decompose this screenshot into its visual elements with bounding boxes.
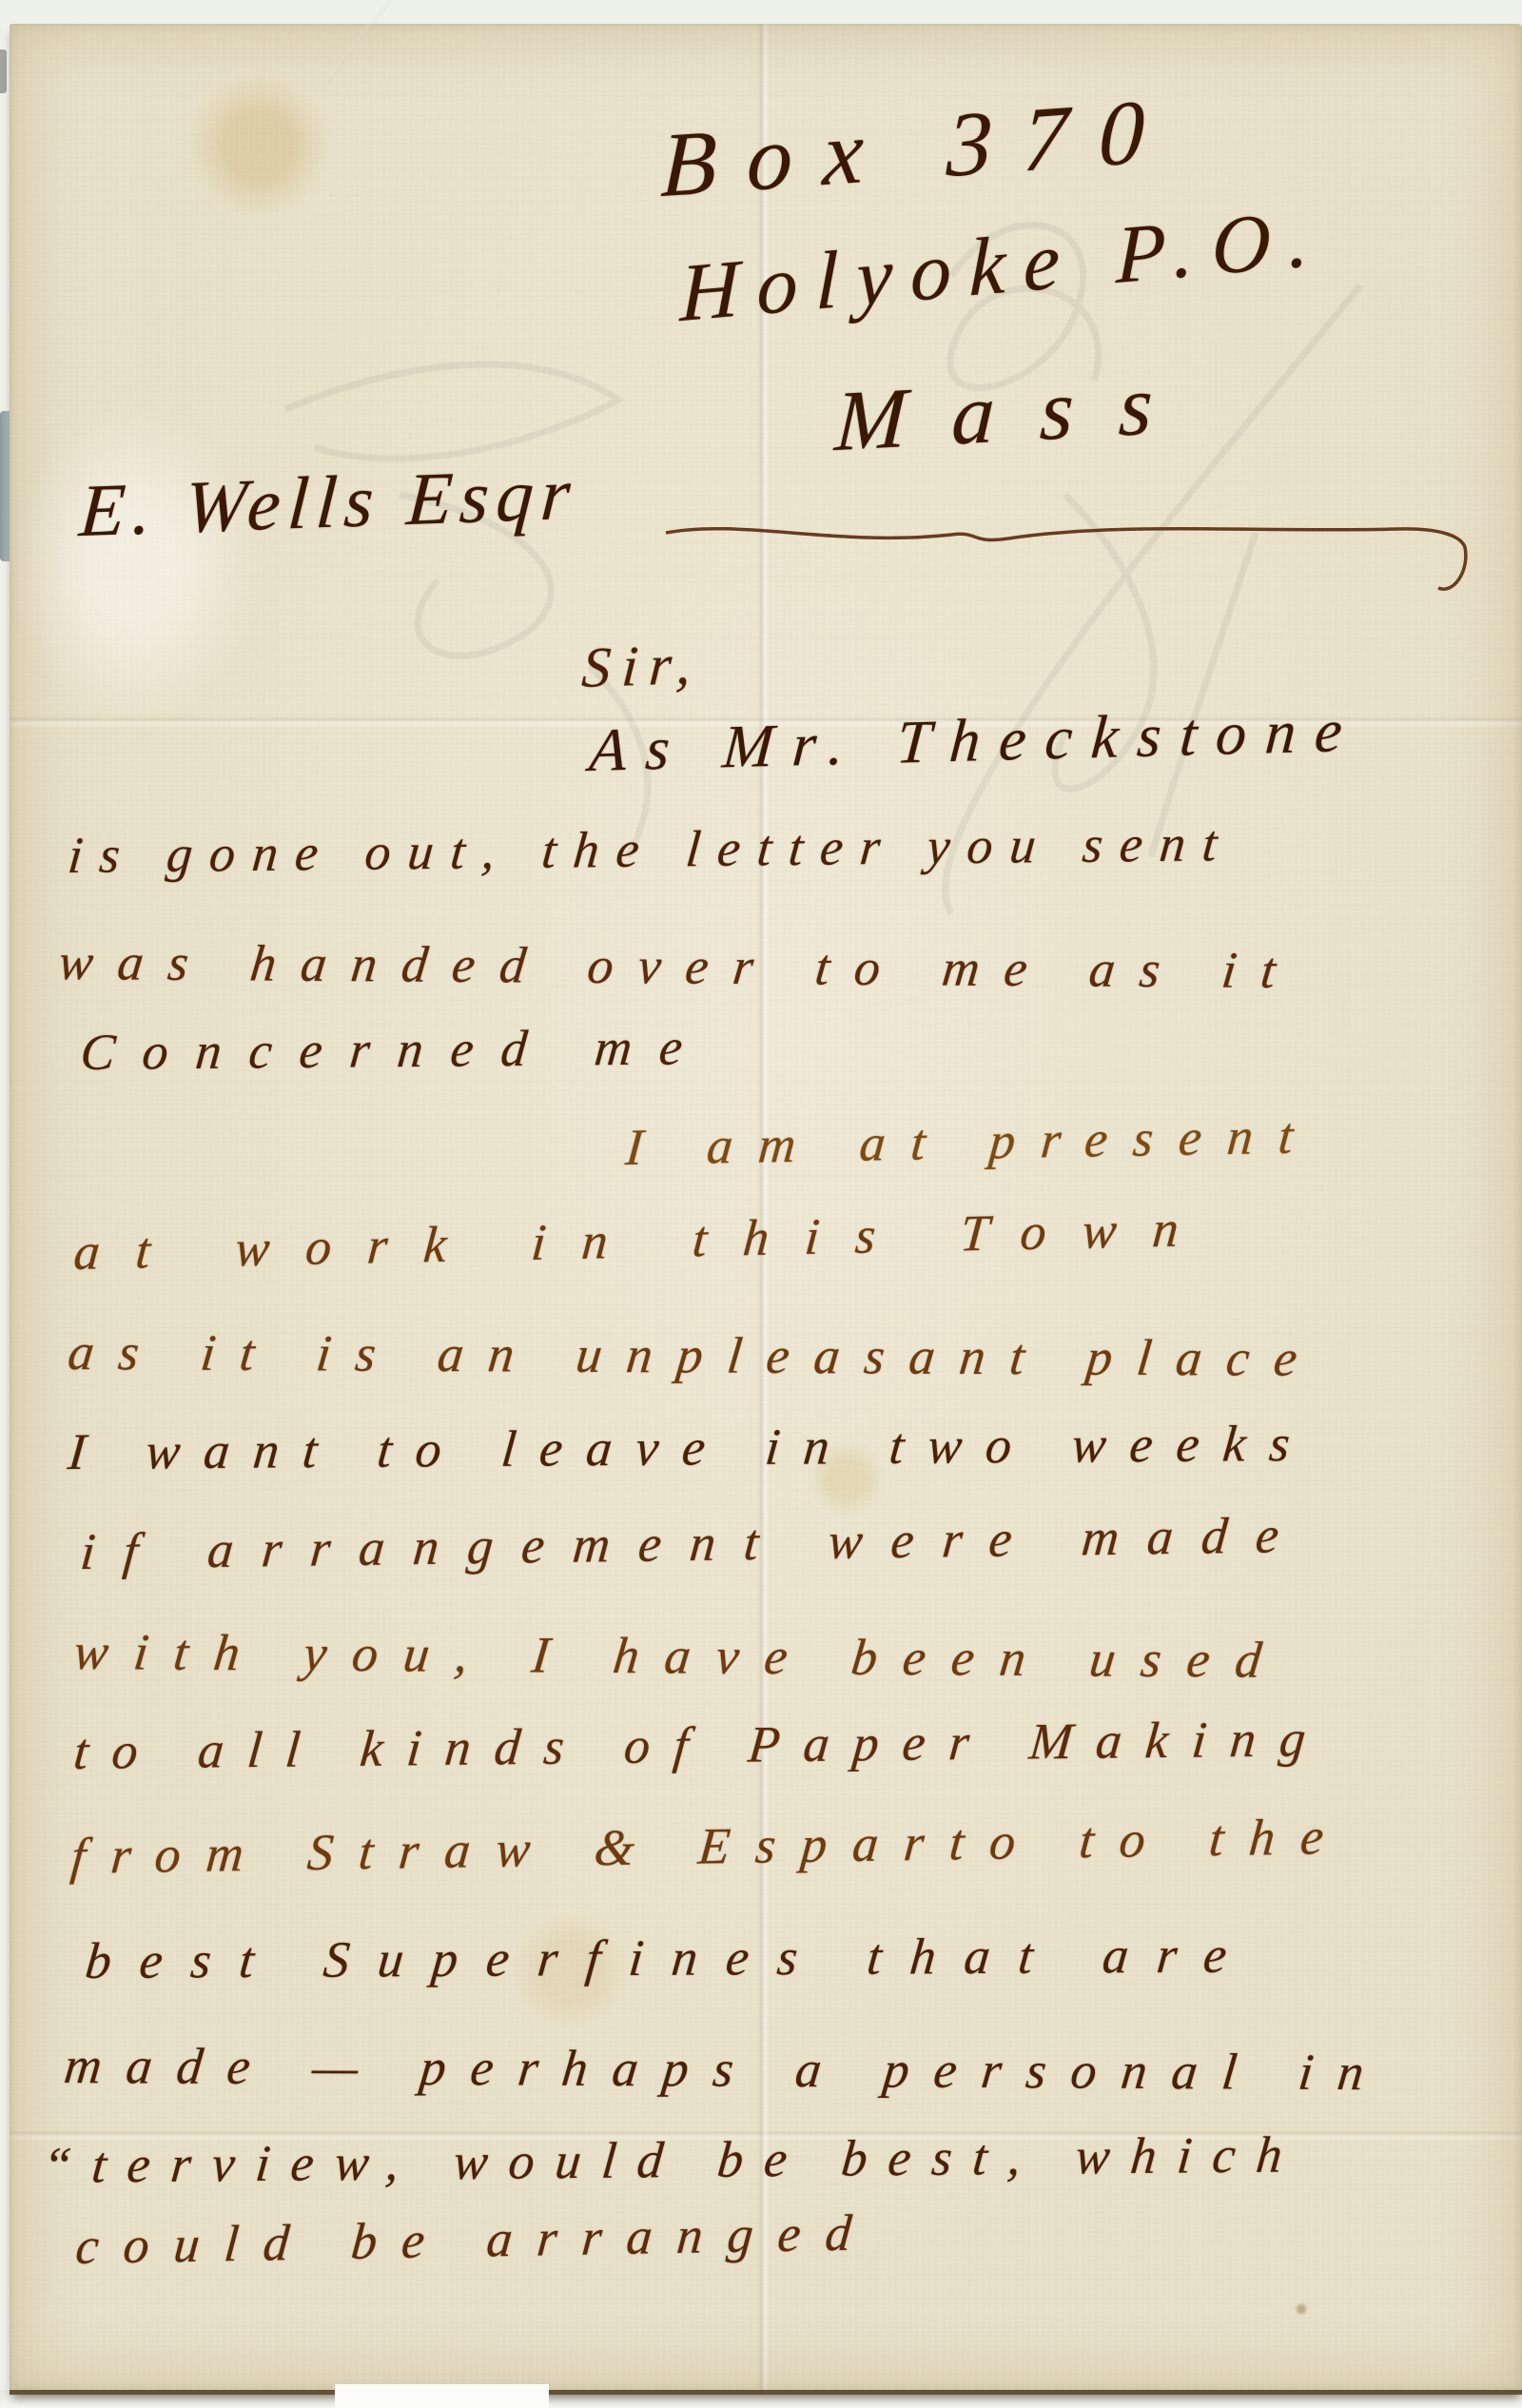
- letter-line: “terview, would be best, which: [40, 2124, 1306, 2195]
- letter-line: was handed over to me as it: [56, 932, 1304, 1000]
- letter-line: as it is an unpleasant place: [66, 1322, 1325, 1388]
- address-line-state: Mass: [832, 354, 1200, 471]
- letter-line: I want to leave in two weeks: [66, 1414, 1317, 1481]
- salutation: Sir,: [580, 631, 705, 701]
- recipient-line: E. Wells Esqr: [77, 451, 581, 555]
- letter-line: I am at present: [623, 1106, 1321, 1177]
- letter-line: with you, I have been used: [71, 1622, 1291, 1690]
- letter-line: best Superfines that are: [83, 1926, 1259, 1990]
- scanned-letter-page: Box 370 Holyoke P.O. Mass E. Wells Esqr …: [0, 0, 1522, 2408]
- letter-line: is gone out, the letter you sent: [66, 813, 1237, 885]
- letter-line: Concerned me: [78, 1017, 712, 1082]
- letter-line: made — perhaps a personal in: [62, 2036, 1392, 2102]
